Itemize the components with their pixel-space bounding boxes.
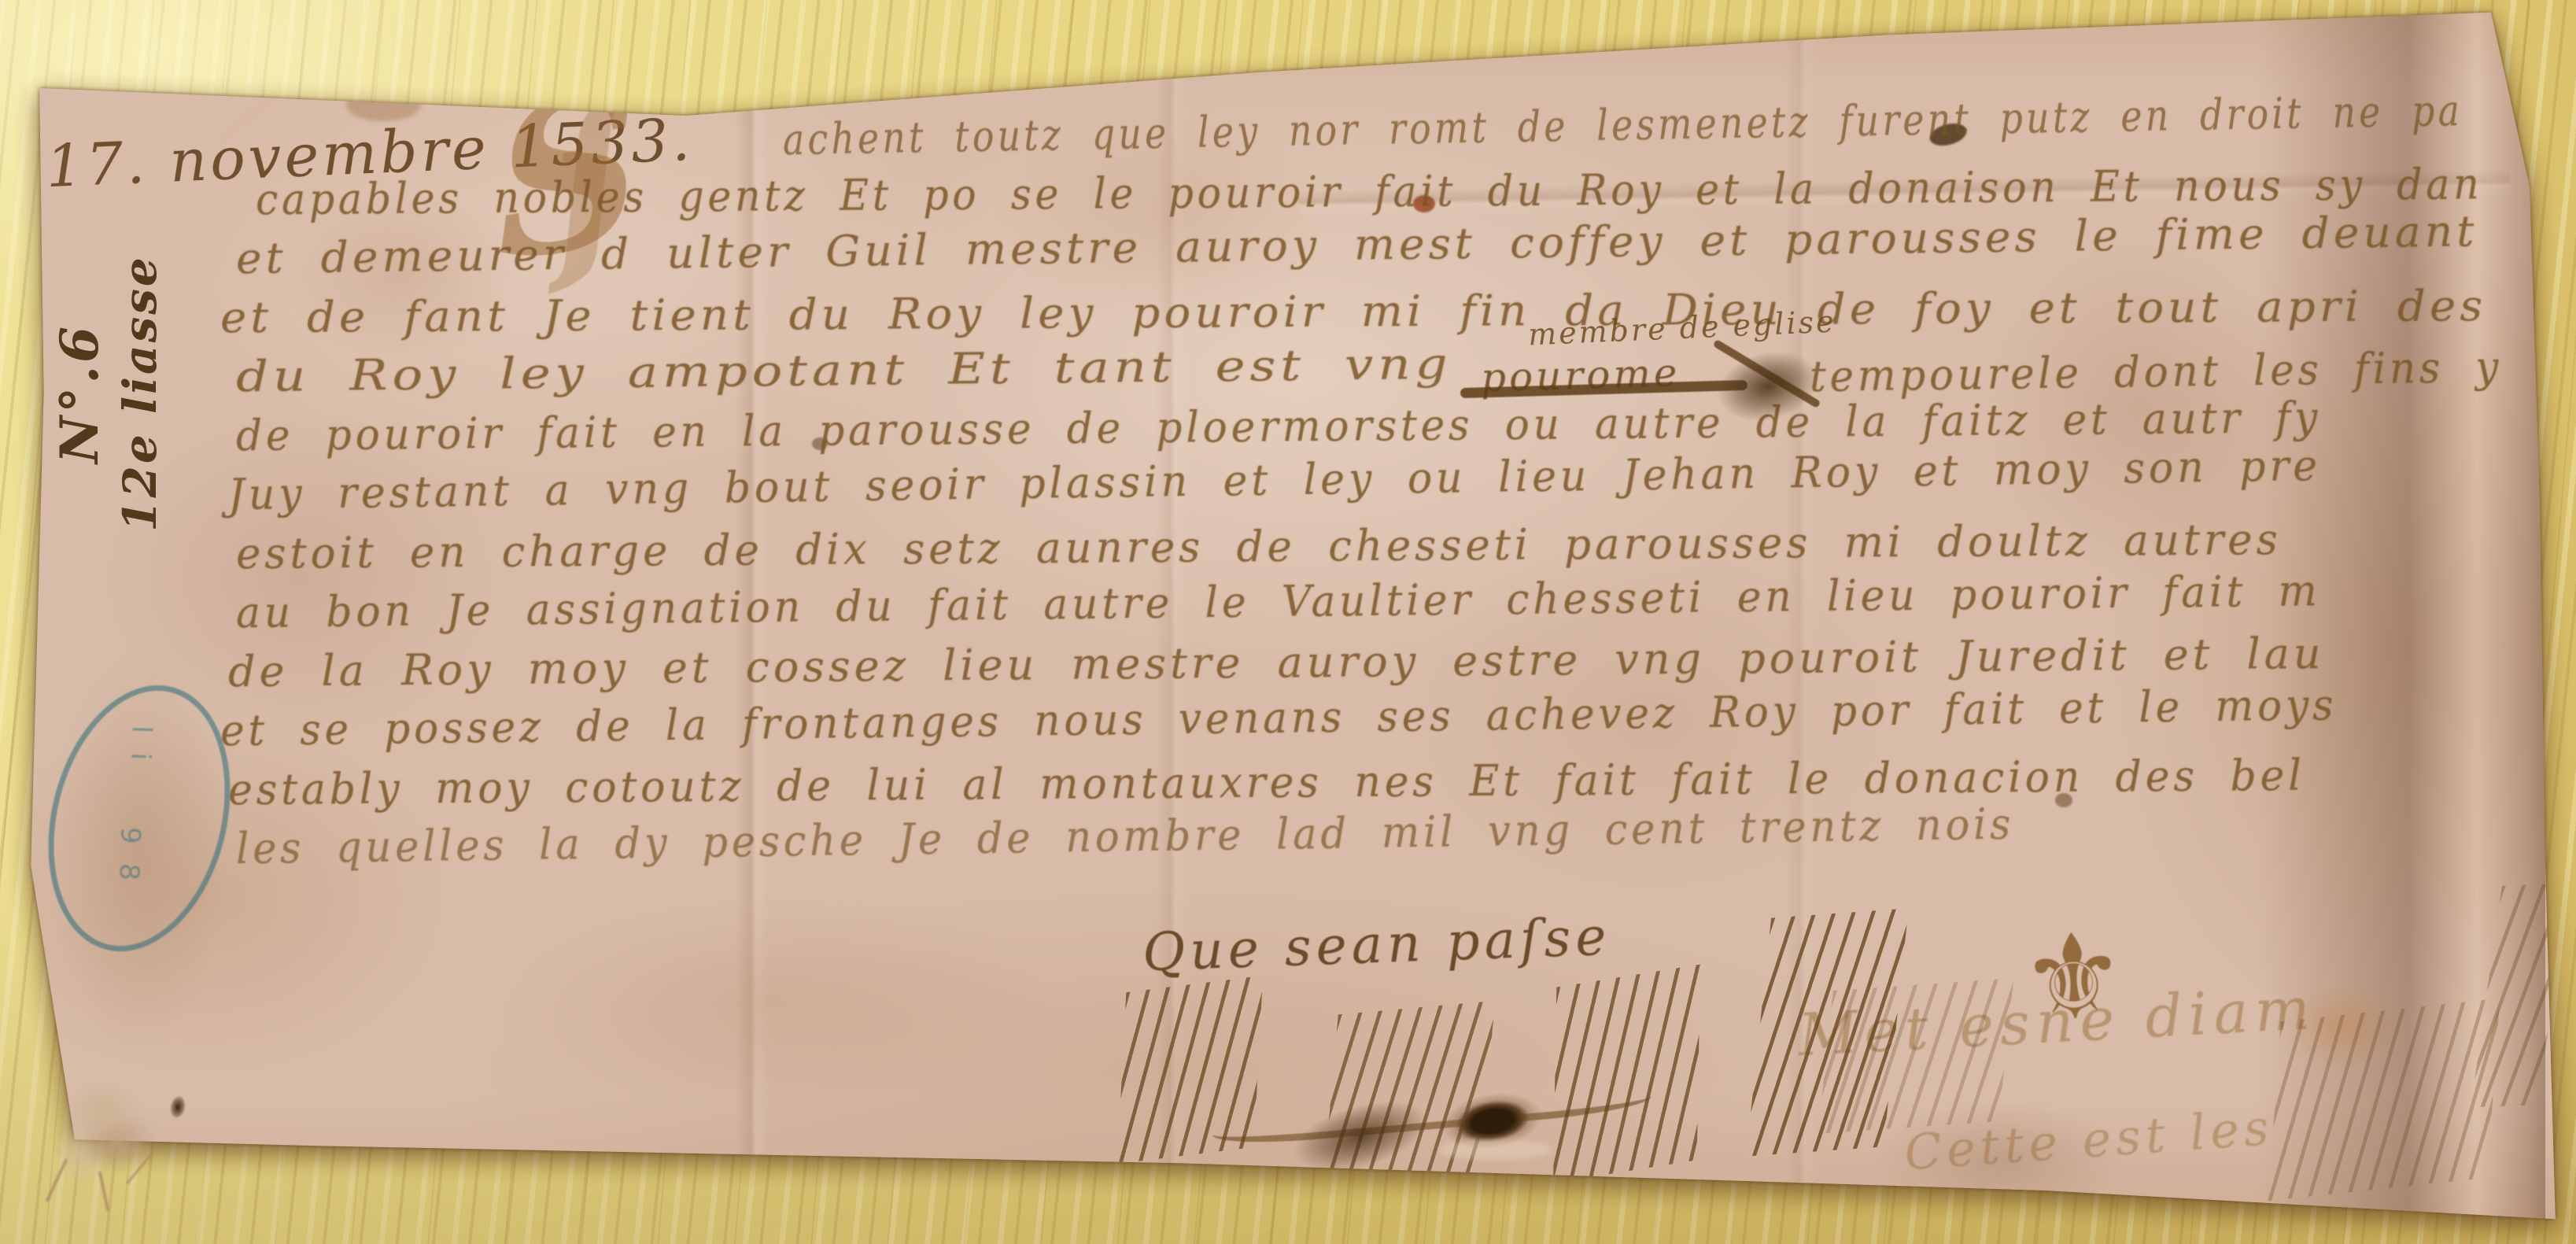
parchment-vignette <box>0 0 2576 1244</box>
photo-scene: 17. novembre 1533. N°.6 12e liasse l i 9… <box>0 0 2576 1244</box>
parchment-wrapper: 17. novembre 1533. N°.6 12e liasse l i 9… <box>0 0 2576 1244</box>
ink-spot <box>995 56 1025 81</box>
fiber-tuft <box>41 1061 179 1194</box>
parchment-document: 17. novembre 1533. N°.6 12e liasse l i 9… <box>0 0 2576 1244</box>
